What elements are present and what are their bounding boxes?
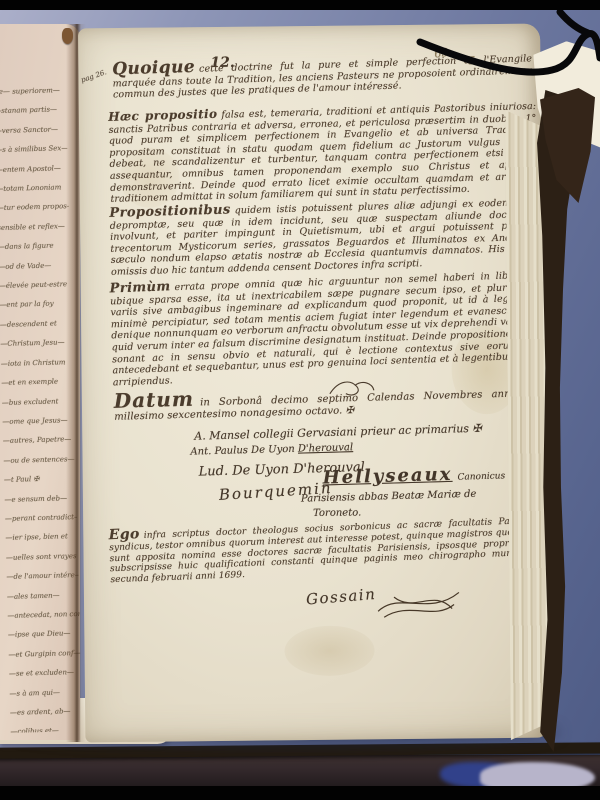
signature-gossain: Gossain [305, 585, 377, 609]
signature-hellyseaux-line3: Toroneto. [313, 507, 361, 519]
stain [284, 625, 375, 676]
signature-hellyseaux-name: Hellyseaux [322, 464, 452, 489]
signature-hellyseaux-title: Canonicus [457, 471, 505, 482]
photo-of-manuscript: ite— superiorem— —stanam partis— —versa … [0, 10, 600, 786]
signature-hellyseaux: Hellyseaux Canonicus [322, 462, 505, 488]
paragraph-primum: Primùmerrata prope omnia quæ hic arguunt… [109, 268, 547, 388]
attestation-lead: Ego [108, 526, 140, 543]
letterbox-bottom [0, 786, 600, 800]
photo-frame: ite— superiorem— —stanam partis— —versa … [0, 0, 600, 800]
margin-note: pag 26. [80, 68, 108, 84]
datum-paraph-flourish [327, 377, 377, 400]
signature-herouval-ant: Ant. Paulus De Uyon D'herouval [190, 442, 353, 458]
cable [410, 10, 600, 200]
bookmark-tassel [62, 28, 73, 44]
attestation-text: infra scriptus doctor theologus socius s… [109, 515, 550, 585]
gossain-paraph-flourish [374, 582, 464, 623]
attestation-paragraph: Egoinfra scriptus doctor theologus sociu… [109, 513, 551, 586]
signature-herouval-ant-surname: D'herouval [298, 442, 353, 455]
paragraph-propositionibus: Propositionibusquidem istis potuissent p… [109, 196, 541, 279]
signature-herouval-ant-name: Ant. Paulus De Uyon [190, 444, 298, 458]
paragraph-primum-text: errata prope omnia quæ hic arguuntur non… [110, 269, 548, 388]
letterbox-top [0, 0, 600, 10]
signature-mansel: A. Mansel collegii Gervasiani prieur ac … [194, 422, 482, 443]
